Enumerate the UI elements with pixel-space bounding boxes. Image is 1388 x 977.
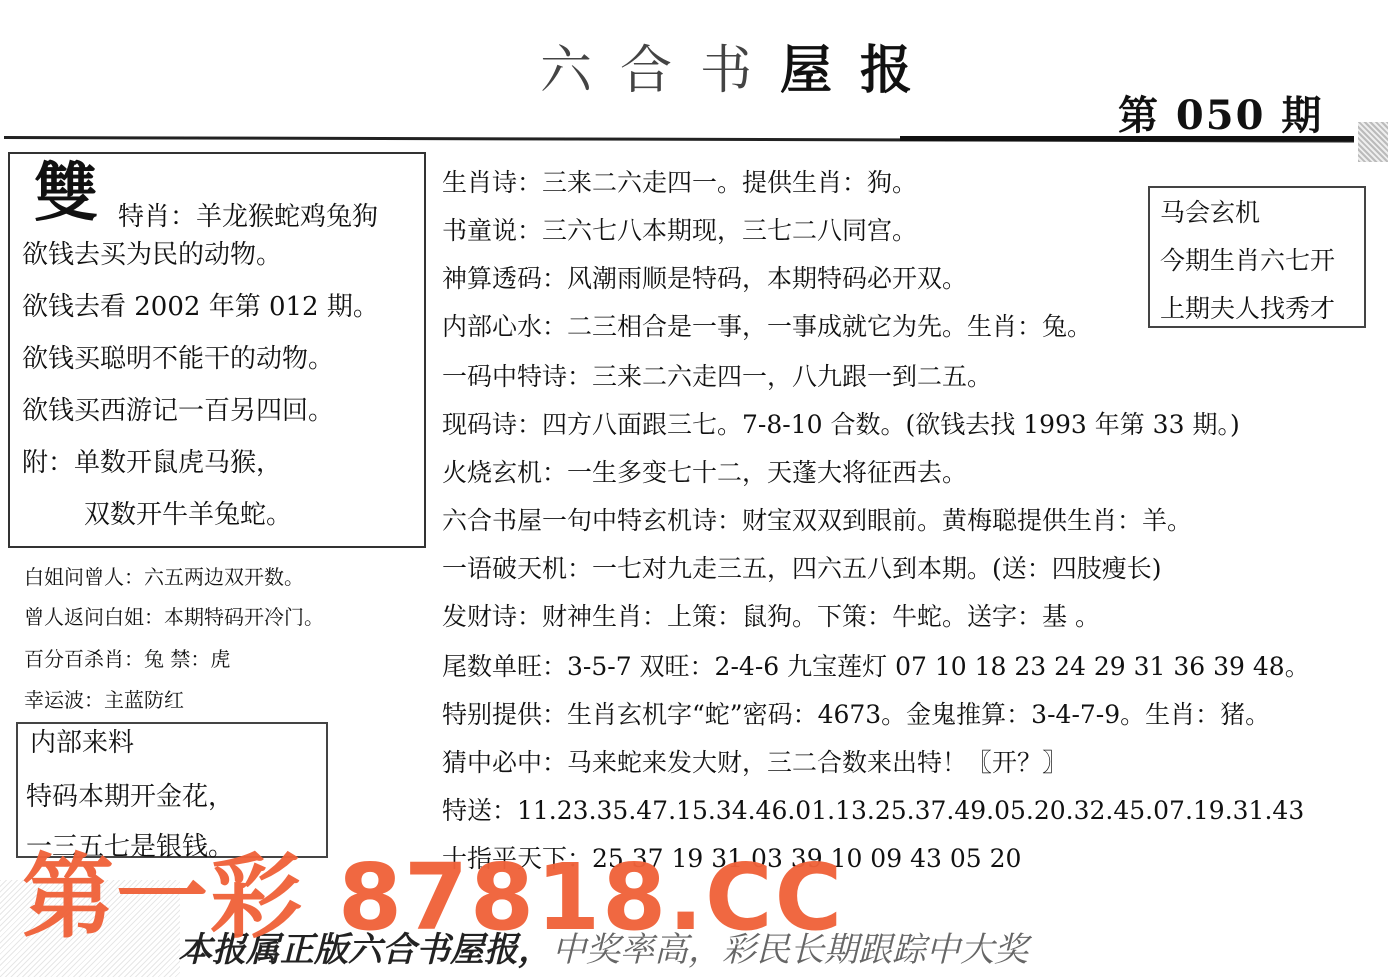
right-box-line: 今期生肖六七开	[1160, 246, 1335, 276]
main-line: 特别提供：生肖玄机字“蛇”密码：4673。金鬼推算：3-4-7-9。生肖：猪。	[442, 700, 1270, 730]
title-light-part: 六合书	[540, 41, 780, 101]
inside-box-line: 特码本期开金花，	[26, 782, 234, 812]
main-line: 生肖诗：三来二六走四一。提供生肖：狗。	[442, 168, 917, 198]
right-box-line: 上期夫人找秀才	[1160, 294, 1335, 324]
left-box-line: 欲钱买西游记一百另四回。	[22, 396, 334, 426]
left-box-line: 双数开牛羊兔蛇。	[84, 500, 292, 530]
left-box-line: 特肖：羊龙猴蛇鸡兔狗	[118, 202, 378, 232]
main-line: 内部心水：二三相合是一事，一事成就它为先。生肖：兔。	[442, 312, 1092, 342]
left-box-line: 欲钱买聪明不能干的动物。	[22, 344, 334, 374]
left-box-line: 附：单数开鼠虎马猴，	[22, 448, 282, 478]
main-line: 尾数单旺：3-5-7 双旺：2-4-6 九宝莲灯 07 10 18 23 24 …	[442, 652, 1310, 682]
left-note: 曾人返问白姐：本期特码开冷门。	[24, 605, 324, 629]
issue-number: 第 050 期	[1118, 84, 1323, 141]
watermark: 第一彩 87818.CC	[22, 852, 844, 944]
main-line: 神算透码：风潮雨顺是特码，本期特码必开双。	[442, 264, 967, 294]
right-box-line: 马会玄机	[1160, 198, 1260, 228]
left-box-line: 欲钱去看 2002 年第 012 期。	[22, 292, 379, 322]
left-note: 幸运波：主蓝防红	[24, 688, 184, 712]
left-note: 百分百杀肖：兔 禁：虎	[24, 647, 230, 671]
main-line: 一码中特诗：三来二六走四一，八九跟一到二五。	[442, 362, 992, 392]
scan-artifact	[1358, 122, 1388, 162]
main-line: 发财诗：财神生肖：上策：鼠狗。下策：牛蛇。送字：基 。	[442, 602, 1100, 632]
big-char-shuang: 雙	[34, 162, 98, 226]
main-line: 火烧玄机：一生多变七十二，天蓬大将征西去。	[442, 458, 967, 488]
main-line: 猜中必中：马来蛇来发大财，三二合数来出特！〖开？〗	[442, 748, 1067, 778]
inside-box-title: 内部来料	[30, 728, 134, 758]
header-rule-thick	[900, 136, 1354, 141]
main-line: 现码诗：四方八面跟三七。7-8-10 合数。(欲钱去找 1993 年第 33 期…	[442, 410, 1240, 440]
main-line: 特送：11.23.35.47.15.34.46.01.13.25.37.49.0…	[442, 796, 1304, 826]
masthead-title: 六合书屋报	[540, 28, 940, 103]
main-line: 书童说：三六七八本期现，三七二八同宫。	[442, 216, 917, 246]
left-box-line: 欲钱去买为民的动物。	[22, 240, 282, 270]
main-line: 六合书屋一句中特玄机诗：财宝双双到眼前。黄梅聪提供生肖：羊。	[442, 506, 1192, 536]
main-line: 一语破天机：一七对九走三五，四六五八到本期。(送：四肢瘦长)	[442, 554, 1162, 584]
title-dark-part: 屋报	[780, 41, 940, 101]
left-note: 白姐问曾人：六五两边双开数。	[24, 565, 304, 589]
